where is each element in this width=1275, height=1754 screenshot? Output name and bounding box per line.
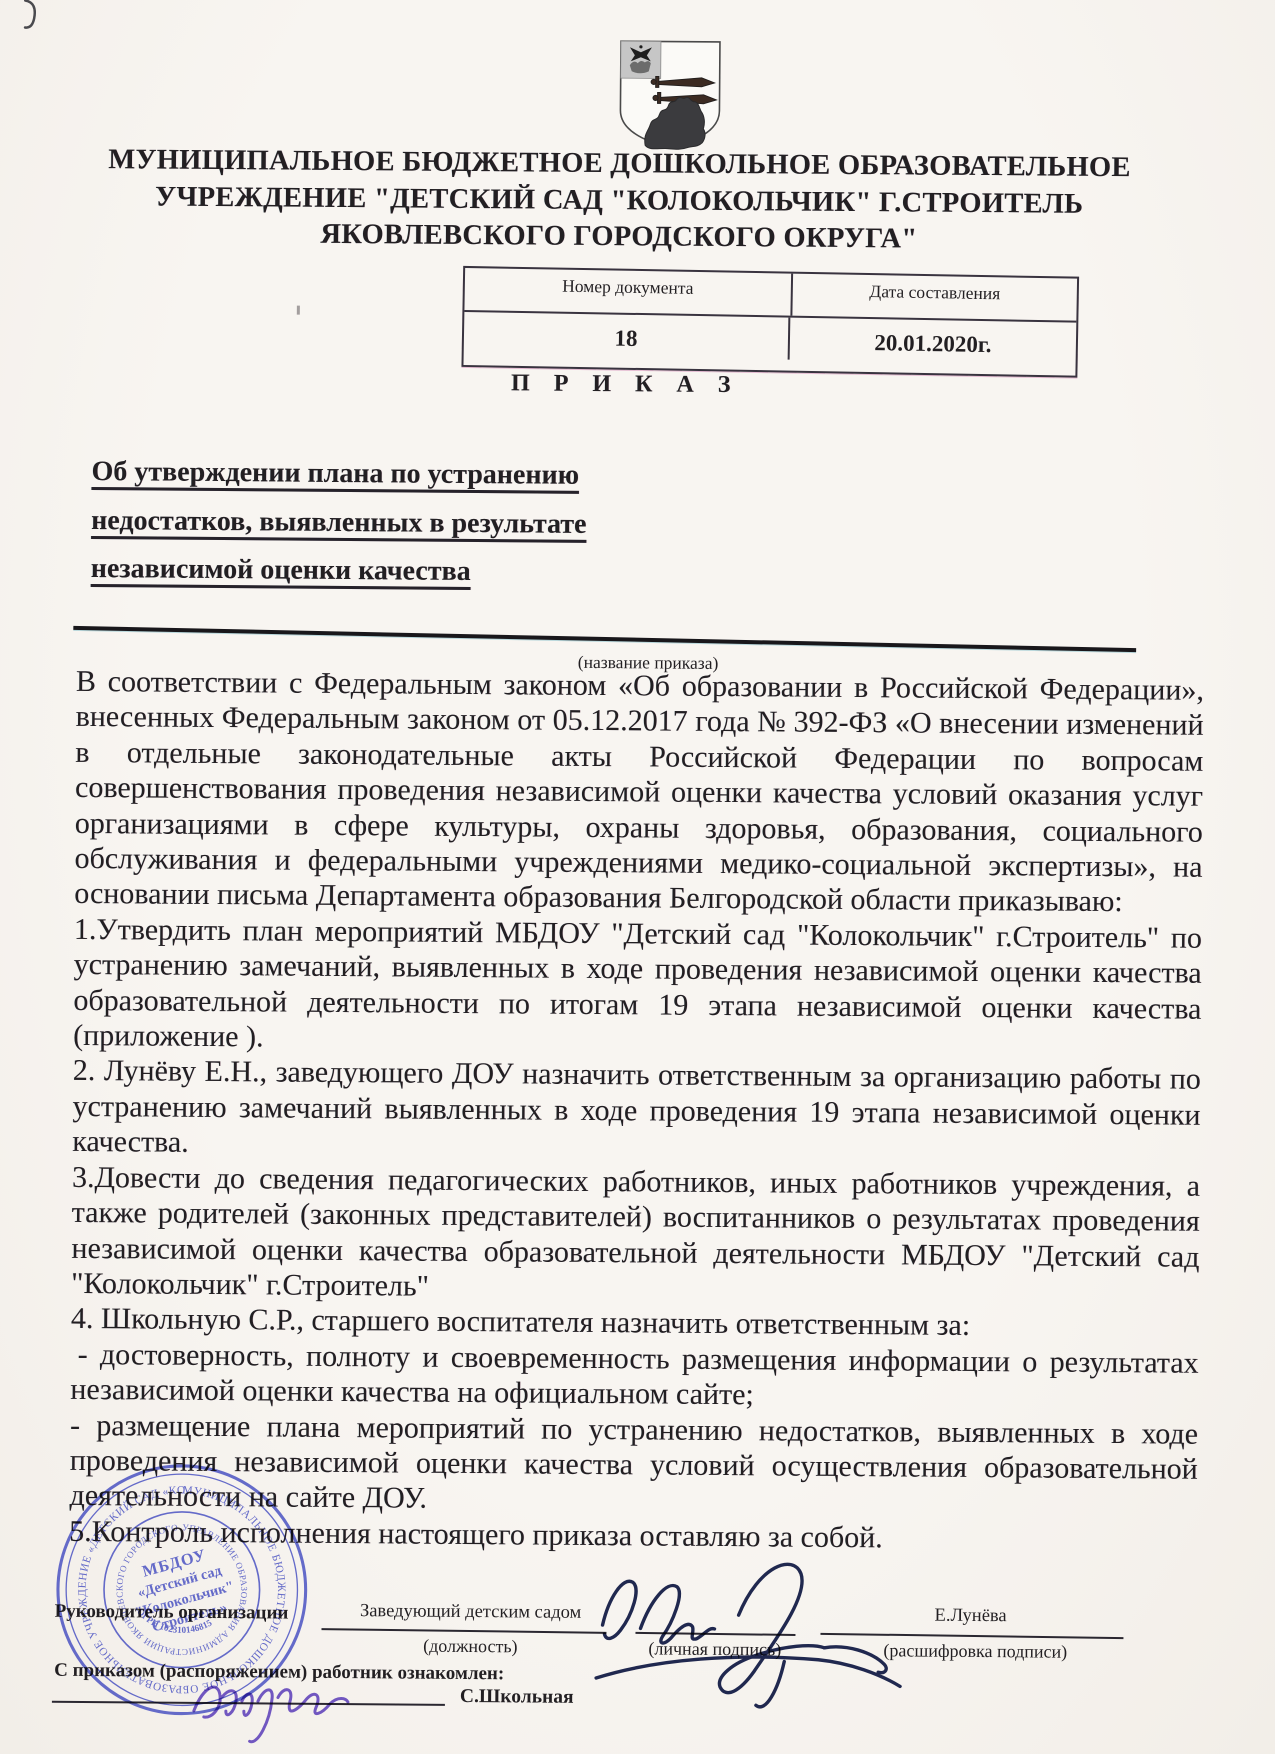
- subject-line3: независимой оценки качества: [91, 545, 587, 597]
- position-caption: (должность): [330, 1635, 610, 1658]
- position-value: Заведующий детским садом: [331, 1601, 611, 1624]
- director-handwritten-signature: [588, 1530, 920, 1731]
- subject-rule-line: [73, 626, 1136, 652]
- doc-number-header: Номер документа: [464, 268, 793, 316]
- order-body: В соответствии с Федеральным законом «Об…: [69, 664, 1204, 1558]
- paragraph-item-2: 2. Лунёву Е.Н., заведующего ДОУ назначит…: [72, 1053, 1201, 1168]
- coat-of-arms-icon: [617, 38, 723, 151]
- scanned-order-document: МУНИЦИПАЛЬНОЕ БЮДЖЕТНОЕ ДОШКОЛЬНОЕ ОБРАЗ…: [0, 0, 1275, 1754]
- acknowledged-by-name: С.Школьная: [460, 1686, 574, 1709]
- document-meta-table: Номер документа Дата составления 18 20.0…: [461, 266, 1079, 378]
- order-subject: Об утверждении плана по устранению недос…: [91, 448, 587, 597]
- doc-date-value: 20.01.2020г.: [789, 318, 1076, 376]
- lion-icon: [630, 61, 651, 73]
- position-signature-line: [321, 1628, 606, 1634]
- doc-date-header: Дата составления: [792, 274, 1077, 321]
- org-title: МУНИЦИПАЛЬНОЕ БЮДЖЕТНОЕ ДОШКОЛЬНОЕ ОБРАЗ…: [1, 141, 1237, 260]
- subject-line1: Об утверждении плана по устранению: [91, 448, 587, 500]
- order-heading: П Р И К А З: [500, 370, 750, 399]
- doc-number-value: 18: [464, 312, 791, 360]
- paragraph-item-1: 1.Утвердить план мероприятий МБДОУ "Детс…: [73, 912, 1202, 1062]
- paragraph-item-4a: - достоверность, полноту и своевременнос…: [70, 1337, 1199, 1417]
- paragraph-preamble: В соответствии с Федеральным законом «Об…: [74, 664, 1204, 921]
- svg-text:УПРАВЛЕНИЕ ОБРАЗОВАНИЯ АДМИНИС: УПРАВЛЕНИЕ ОБРАЗОВАНИЯ АДМИНИСТРАЦИИ ЯКО…: [50, 1458, 251, 1658]
- employee-handwritten-signature: [188, 1663, 361, 1752]
- paragraph-item-3: 3.Довести до сведения педагогических раб…: [71, 1160, 1200, 1310]
- stamp-inner-ring-text: УПРАВЛЕНИЕ ОБРАЗОВАНИЯ АДМИНИСТРАЦИИ ЯКО…: [50, 1458, 251, 1658]
- stamp-center-text: МБДОУ «Детский сад "Колокольчик" Строите…: [123, 1540, 241, 1639]
- scan-speck-artifact: [297, 306, 300, 315]
- pen-mark-artifact: [17, 0, 47, 40]
- subject-line2: недостатков, выявленных в результате: [91, 497, 587, 549]
